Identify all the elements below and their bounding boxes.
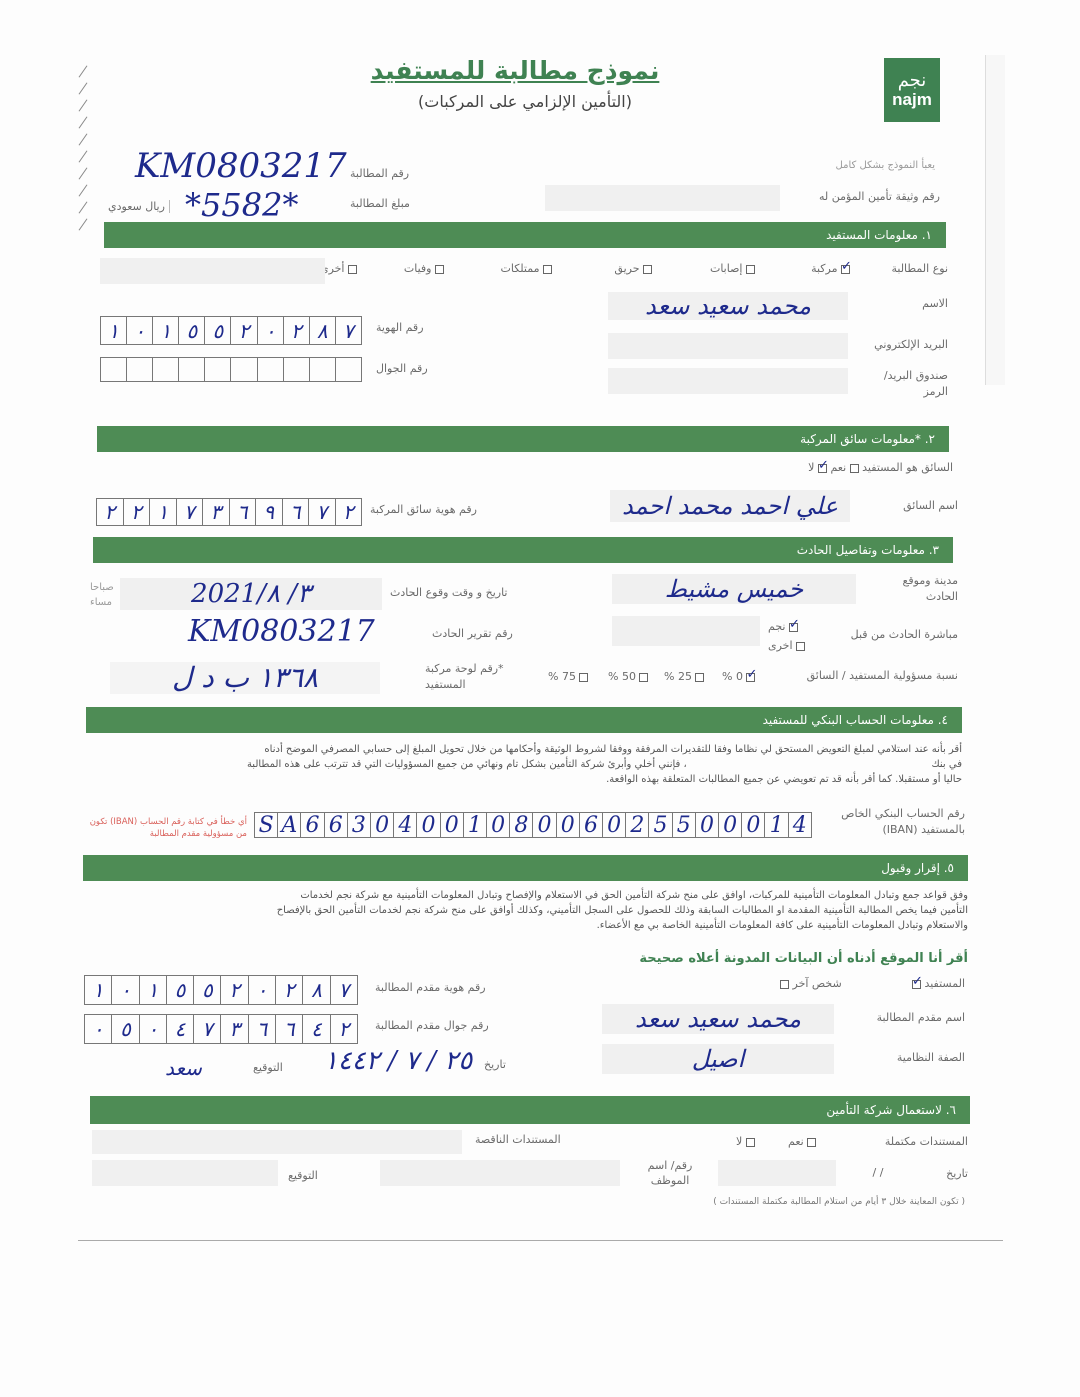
checkbox-docs-yes[interactable] — [807, 1138, 816, 1147]
name-field[interactable]: محمد سعيد سعد — [608, 292, 848, 320]
digit-box[interactable]: ٢ — [97, 499, 123, 525]
checkbox-driver-yes[interactable] — [850, 464, 859, 473]
employee-field[interactable] — [380, 1160, 620, 1186]
liability-25[interactable]: 25 % — [664, 670, 704, 683]
city-field[interactable]: خميس مشيط — [612, 574, 856, 604]
city-label: مدينة وموقع الحادث — [873, 573, 958, 605]
email-field[interactable] — [608, 333, 848, 359]
logo-english: najm — [892, 91, 932, 109]
form-subtitle: (التأمين الإلزامي على المركبات) — [360, 92, 690, 111]
checkbox-submitter-other[interactable] — [780, 980, 789, 989]
section1-title: ١. معلومات المستفيد — [826, 228, 932, 242]
accident-datetime-field[interactable]: 2021/٣/ ٨ — [120, 578, 382, 610]
digit-box[interactable]: 4 — [788, 813, 811, 837]
digit-box[interactable]: ٠ — [248, 976, 275, 1004]
id-number-label: رقم الهوية — [376, 321, 424, 334]
digit-box[interactable]: ٧ — [330, 976, 357, 1004]
consent-text: وفق قواعد جمع وتبادل المعلومات التأمينية… — [80, 888, 968, 933]
claim-amount-value[interactable]: *5582* — [185, 186, 298, 224]
checkbox-submitter-beneficiary[interactable] — [912, 980, 921, 989]
digit-box[interactable]: 0 — [416, 813, 439, 837]
digit-box[interactable]: 1 — [764, 813, 787, 837]
digit-box[interactable]: 0 — [556, 813, 579, 837]
digit-box[interactable]: ٦ — [275, 1015, 302, 1043]
bank-declaration: أقر بأنه عند استلامي لمبلغ التعويض المست… — [82, 742, 962, 787]
employee-label: رقم/ اسم الموظف — [635, 1158, 705, 1188]
bottom-divider — [78, 1240, 1003, 1241]
digit-box[interactable]: ٦ — [248, 1015, 275, 1043]
docs-complete-label: المستندات مكتملة — [885, 1135, 968, 1148]
driver-id-boxes[interactable]: ٢٢١٧٣٦٩٦٧٢ — [96, 498, 362, 526]
liability-0[interactable]: 0 % — [722, 670, 755, 683]
claim-type-vehicle[interactable]: مركبة — [811, 262, 850, 275]
currency-label: ريال سعودي — [108, 200, 170, 213]
liability-75[interactable]: 75 % — [548, 670, 588, 683]
digit-box[interactable]: ٠ — [257, 317, 283, 344]
pm-label: مساء — [90, 597, 112, 608]
digit-box[interactable]: ٦ — [282, 499, 309, 525]
digit-box[interactable]: 0 — [440, 813, 463, 837]
checkbox-docs-no[interactable] — [746, 1138, 755, 1147]
checkbox-liability-50[interactable] — [639, 673, 648, 682]
id-number-boxes[interactable]: ١٠١٥٥٢٠٢٨٧ — [100, 316, 362, 345]
mobile-boxes[interactable] — [100, 357, 362, 382]
section3-header: ٣. معلومات وتفاصيل الحادث — [93, 537, 953, 563]
claim-type-injuries[interactable]: إصابات — [710, 262, 755, 275]
digit-box[interactable]: 4 — [393, 813, 416, 837]
checkbox-other[interactable] — [348, 265, 357, 274]
digit-box[interactable]: 6 — [300, 813, 323, 837]
digit-box[interactable]: 8 — [509, 813, 532, 837]
email-label: البريد الإلكتروني — [874, 338, 948, 351]
claim-type-property[interactable]: ممتلكات — [501, 262, 553, 275]
digit-box[interactable] — [335, 358, 361, 381]
checkbox-injuries[interactable] — [746, 265, 755, 274]
mobile-label: رقم الجوال — [376, 362, 428, 375]
digit-box[interactable]: 0 — [486, 813, 509, 837]
digit-box[interactable]: 6 — [324, 813, 347, 837]
liability-50[interactable]: 50 % — [608, 670, 648, 683]
digit-box[interactable]: ٥ — [111, 1015, 138, 1043]
digit-box[interactable]: 0 — [718, 813, 741, 837]
inspection-footnote: ( تكون المعاينة خلال ٣ أيام من استلام ال… — [713, 1197, 965, 1207]
digit-box[interactable] — [283, 358, 309, 381]
claim-type-other-field[interactable] — [100, 258, 325, 284]
digit-box[interactable]: 2 — [625, 813, 648, 837]
digit-box[interactable]: ١ — [101, 317, 126, 344]
section1-header: ١. معلومات المستفيد — [104, 222, 946, 248]
digit-box[interactable]: ٦ — [229, 499, 256, 525]
plate-field[interactable]: ١٣٦٨ ب د ل — [110, 662, 380, 694]
signature-label: التوقيع — [253, 1061, 283, 1074]
digit-box[interactable]: 0 — [695, 813, 718, 837]
digit-box[interactable]: S — [255, 813, 277, 837]
digit-box[interactable]: 3 — [347, 813, 370, 837]
digit-box[interactable]: ٢ — [275, 976, 302, 1004]
digit-box[interactable]: ٧ — [176, 499, 203, 525]
driver-id-label: رقم هوية سائق المركبة — [370, 503, 477, 516]
digit-box[interactable]: ١ — [152, 317, 178, 344]
digit-box[interactable]: ٥ — [204, 317, 230, 344]
pobox-field[interactable] — [608, 368, 848, 394]
digit-box[interactable] — [257, 358, 283, 381]
certify-heading: أقر أنا الموقع أدناه أن البيانات المدونة… — [639, 951, 968, 966]
claim-number-label: رقم المطالبة — [350, 167, 409, 180]
digit-box[interactable]: 0 — [370, 813, 393, 837]
section2-title: ٢. *معلومات سائق المركبة — [800, 432, 935, 446]
am-label: صباحا — [90, 582, 114, 593]
digit-box[interactable]: ٢ — [123, 499, 150, 525]
driver-is-beneficiary: السائق هو المستفيد نعم لا — [808, 461, 953, 474]
digit-box[interactable] — [101, 358, 126, 381]
digit-box[interactable]: ٢ — [335, 499, 362, 525]
signature-value[interactable]: سعد — [165, 1056, 202, 1080]
name-label: الاسم — [922, 297, 948, 310]
driver-is-beneficiary-label: السائق هو المستفيد — [862, 461, 953, 474]
adjacent-page-edge-right — [985, 55, 1005, 385]
digit-box[interactable] — [230, 358, 256, 381]
digit-box[interactable]: ٥ — [193, 976, 220, 1004]
docs-complete-yes[interactable]: نعم — [788, 1135, 816, 1148]
digit-box[interactable] — [126, 358, 152, 381]
digit-box[interactable] — [309, 358, 335, 381]
claim-type-fire[interactable]: حريق — [614, 262, 652, 275]
digit-box[interactable]: ٧ — [308, 499, 335, 525]
digit-box[interactable]: ٢ — [220, 976, 247, 1004]
checkbox-najm[interactable] — [789, 623, 798, 632]
missing-docs-label: المستندات الناقصة — [475, 1133, 561, 1146]
submitter-other-person[interactable]: شخص آخر — [780, 977, 842, 990]
section3-title: ٣. معلومات وتفاصيل الحادث — [797, 543, 939, 557]
handled-other[interactable]: اخرى — [768, 639, 805, 652]
logo-arabic: نجم — [898, 71, 927, 91]
driver-name-field[interactable]: علي احمد محمد احمد — [610, 490, 850, 522]
section5-header: ٥. إقرار وقبول — [83, 855, 968, 881]
claim-type-deaths[interactable]: وفيات — [404, 262, 444, 275]
capacity-field[interactable]: اصيل — [602, 1044, 834, 1074]
section6-header: ٦. لاستعمال شركة التأمين — [90, 1096, 970, 1124]
claim-number-value[interactable]: KM0803217 — [135, 146, 347, 186]
digit-box[interactable]: ١ — [139, 976, 166, 1004]
section4-header: ٤. معلومات الحساب البنكي للمستفيد — [86, 707, 962, 733]
claim-type-label: نوع المطالبة — [891, 262, 948, 275]
digit-box[interactable]: ١ — [149, 499, 176, 525]
report-number-value[interactable]: KM0803217 — [188, 614, 375, 649]
digit-box[interactable]: ٠ — [85, 1015, 111, 1043]
digit-box[interactable]: ٩ — [255, 499, 282, 525]
digit-box[interactable]: ٣ — [220, 1015, 247, 1043]
digit-box[interactable]: ٨ — [302, 976, 329, 1004]
iban-warning: أي خطأ في كتابة رقم الحساب (IBAN) تكون م… — [82, 816, 247, 840]
driver-name-label: اسم السائق — [903, 499, 958, 512]
section6-title: ٦. لاستعمال شركة التأمين — [826, 1103, 956, 1117]
iban-boxes[interactable]: SA6630400108006025500014 — [254, 812, 812, 838]
iban-label: رقم الحساب البنكي الخاص بالمستفيد (IBAN) — [825, 806, 965, 838]
checkbox-deaths[interactable] — [435, 265, 444, 274]
digit-box[interactable]: 6 — [579, 813, 602, 837]
checkbox-fire[interactable] — [643, 265, 652, 274]
policy-number-label: رقم وثيقة تأمين المؤمن له — [819, 190, 940, 203]
submitter-name-label: اسم مقدم المطالبة — [877, 1011, 965, 1024]
digit-box[interactable] — [178, 358, 204, 381]
digit-box[interactable]: ٢ — [330, 1015, 357, 1043]
digit-box[interactable]: ٢ — [230, 317, 256, 344]
checkbox-driver-no[interactable] — [818, 464, 827, 473]
missing-docs-field[interactable] — [92, 1130, 462, 1154]
submitter-beneficiary[interactable]: المستفيد — [912, 977, 965, 990]
digit-box[interactable]: ٢ — [283, 317, 309, 344]
adjacent-page-edge — [70, 55, 100, 355]
submitter-name-field[interactable]: محمد سعيد سعد — [602, 1004, 834, 1034]
handled-najm[interactable]: نجم — [768, 620, 798, 633]
claim-amount-label: مبلغ المطالبة — [350, 197, 410, 210]
fill-note: يعبأ النموذج بشكل كامل — [836, 160, 935, 171]
plate-label: *رقم لوحة مركبة المستفيد — [425, 661, 507, 693]
claim-form-page: نجم najm نموذج مطالبة للمستفيد (التأمين … — [0, 0, 1080, 1397]
checkbox-handled-other[interactable] — [796, 642, 805, 651]
docs-complete-no[interactable]: لا — [736, 1135, 755, 1148]
policy-number-field[interactable] — [545, 185, 780, 211]
company-signature-label: التوقيع — [288, 1169, 318, 1182]
submitter-mobile-boxes[interactable]: ٠٥٠٤٧٣٦٦٤٢ — [84, 1014, 358, 1044]
form-title: نموذج مطالبة للمستفيد — [340, 56, 690, 85]
digit-box[interactable]: 1 — [463, 813, 486, 837]
digit-box[interactable] — [204, 358, 230, 381]
najm-logo: نجم najm — [884, 58, 940, 122]
digit-box[interactable]: ١ — [85, 976, 111, 1004]
submission-date-value[interactable]: ٢٥ / ٧ / ١٤٤٢ — [312, 1046, 484, 1076]
pobox-label: صندوق البريد/ الرمز — [868, 368, 948, 400]
submitter-id-label: رقم هوية مقدم المطالبة — [375, 981, 486, 994]
submitter-mobile-label: رقم جوال مقدم المطالبة — [375, 1019, 489, 1032]
digit-box[interactable]: 5 — [672, 813, 695, 837]
digit-box[interactable]: 0 — [602, 813, 625, 837]
checkbox-property[interactable] — [543, 265, 552, 274]
company-date-label: تاريخ — [946, 1167, 968, 1180]
digit-box[interactable]: ٨ — [309, 317, 335, 344]
company-date-field[interactable]: / / — [843, 1160, 913, 1186]
section5-title: ٥. إقرار وقبول — [881, 861, 954, 875]
checkbox-liability-0[interactable] — [746, 673, 755, 682]
digit-box[interactable]: 5 — [648, 813, 671, 837]
submission-date-label: تاريخ — [484, 1058, 506, 1071]
accident-datetime-label: تاريخ و وقت وقوع الحادث — [390, 586, 508, 599]
section4-title: ٤. معلومات الحساب البنكي للمستفيد — [763, 713, 948, 727]
digit-box[interactable] — [152, 358, 178, 381]
handled-by-field[interactable] — [612, 616, 760, 646]
liability-label: نسبة مسؤولية المستفيد / السائق — [807, 669, 958, 682]
digit-box[interactable]: ٠ — [126, 317, 152, 344]
digit-box[interactable]: ٠ — [111, 976, 138, 1004]
submitter-id-boxes[interactable]: ١٠١٥٥٢٠٢٨٧ — [84, 975, 358, 1005]
digit-box[interactable]: ٥ — [166, 976, 193, 1004]
section2-header: ٢. *معلومات سائق المركبة — [97, 426, 949, 452]
digit-box[interactable]: A — [277, 813, 300, 837]
claim-type-other[interactable]: أخرى — [320, 262, 357, 275]
company-date-box[interactable] — [718, 1160, 836, 1186]
digit-box[interactable]: ٠ — [139, 1015, 166, 1043]
digit-box[interactable]: ٧ — [335, 317, 361, 344]
company-signature-field[interactable] — [92, 1160, 278, 1186]
digit-box[interactable]: ٣ — [202, 499, 229, 525]
handled-by-label: مباشرة الحادث من قبل — [851, 628, 958, 641]
digit-box[interactable]: 0 — [532, 813, 555, 837]
checkbox-liability-75[interactable] — [579, 673, 588, 682]
digit-box[interactable]: ٥ — [178, 317, 204, 344]
digit-box[interactable]: ٧ — [193, 1015, 220, 1043]
digit-box[interactable]: ٤ — [302, 1015, 329, 1043]
report-number-label: رقم تقرير الحادث — [432, 627, 513, 640]
digit-box[interactable]: ٤ — [166, 1015, 193, 1043]
checkbox-liability-25[interactable] — [695, 673, 704, 682]
digit-box[interactable]: 0 — [741, 813, 764, 837]
checkbox-vehicle[interactable] — [841, 265, 850, 274]
capacity-label: الصفة النظامية — [897, 1051, 965, 1064]
